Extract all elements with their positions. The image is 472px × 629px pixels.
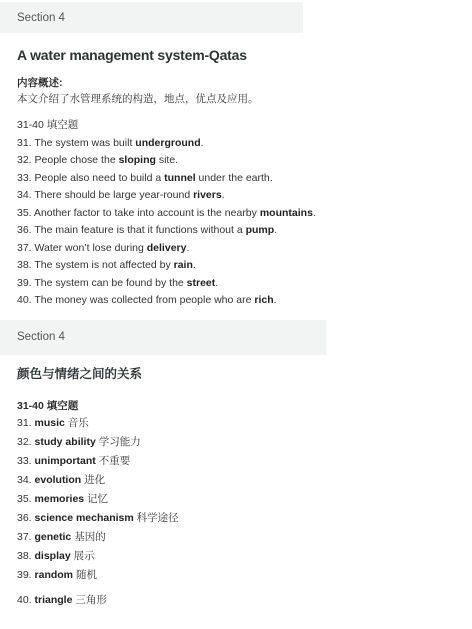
question-item: 34. evolution 进化: [17, 471, 317, 490]
question-item: 36. science mechanism 科学途径: [17, 509, 317, 528]
question-text: 40.: [17, 594, 35, 606]
question-list: 31. The system was built underground.32.…: [17, 135, 317, 310]
question-text: 37.: [17, 531, 35, 543]
question-text: .: [222, 189, 225, 201]
content-summary: 本文介绍了水管理系统的构造，地点，优点及应用。: [17, 91, 317, 108]
section-header-bar: Section 4: [0, 2, 303, 33]
question-text: 31.: [17, 417, 35, 429]
answer-keyword: underground: [135, 137, 200, 149]
question-text: 39.: [17, 569, 35, 581]
question-text: 34.: [17, 474, 35, 486]
question-text: 学习能力: [96, 436, 141, 448]
question-text: 37. Water won’t lose during: [17, 242, 147, 254]
question-text: 31. The system was built: [17, 137, 135, 149]
content-overview-label: 内容概述:: [17, 75, 317, 91]
answer-keyword: rivers: [193, 189, 222, 201]
question-item: 32. People chose the sloping site.: [17, 152, 317, 170]
section-header-label: Section 4: [0, 331, 65, 343]
question-item: 38. display 展示: [17, 547, 317, 566]
questions-range-label: 31-40 填空题: [17, 398, 317, 414]
answer-keyword: delivery: [147, 242, 187, 254]
question-text: .: [186, 242, 189, 254]
question-item: 36. The main feature is that it function…: [17, 222, 317, 240]
question-item: 37. genetic 基因的: [17, 528, 317, 547]
answer-keyword: memories: [35, 493, 85, 505]
answer-keyword: mountains: [260, 207, 313, 219]
question-text: 34. There should be large year-round: [17, 189, 193, 201]
question-item: 39. random 随机: [17, 566, 317, 585]
answer-keyword: genetic: [35, 531, 72, 543]
answer-keyword: tunnel: [164, 172, 196, 184]
question-text: .: [193, 259, 196, 271]
question-text: .: [215, 277, 218, 289]
answer-keyword: rain: [174, 259, 193, 271]
question-item: 31. music 音乐: [17, 414, 317, 433]
question-item: 40. triangle 三角形: [17, 591, 317, 610]
section-title: 颜色与情绪之间的关系: [17, 365, 317, 383]
question-text: 不重要: [96, 455, 130, 467]
question-text: .: [274, 224, 277, 236]
question-item: 40. The money was collected from people …: [17, 292, 317, 310]
question-text: 40. The money was collected from people …: [17, 294, 254, 306]
question-text: 随机: [73, 569, 97, 581]
section-2-content: 颜色与情绪之间的关系 31-40 填空题 31. music 音乐32. stu…: [0, 365, 317, 610]
answer-keyword: study ability: [35, 436, 96, 448]
question-text: 33.: [17, 455, 35, 467]
question-text: .: [274, 294, 277, 306]
question-text: 39. The system can be found by the: [17, 277, 187, 289]
section-1-content: A water management system-Qatas 内容概述: 本文…: [0, 47, 317, 310]
question-text: 进化: [81, 474, 105, 486]
section-title: A water management system-Qatas: [17, 47, 317, 64]
questions-range-label: 31-40 填空题: [17, 117, 317, 135]
question-item: 35. memories 记忆: [17, 490, 317, 509]
question-item: 37. Water won’t lose during delivery.: [17, 240, 317, 258]
answer-keyword: street: [187, 277, 216, 289]
answer-keyword: triangle: [35, 594, 73, 606]
question-text: 基因的: [71, 531, 105, 543]
question-item: 38. The system is not affected by rain.: [17, 257, 317, 275]
section-header-bar: Section 4: [0, 320, 326, 355]
question-text: .: [313, 207, 316, 219]
question-text: 科学途径: [134, 512, 179, 524]
question-text: 32.: [17, 436, 35, 448]
section-header-label: Section 4: [0, 12, 65, 24]
question-item: 32. study ability 学习能力: [17, 433, 317, 452]
question-text: 36. The main feature is that it function…: [17, 224, 246, 236]
question-text: 三角形: [72, 594, 106, 606]
question-text: 36.: [17, 512, 35, 524]
answer-keyword: pump: [246, 224, 275, 236]
question-text: 35. Another factor to take into account …: [17, 207, 260, 219]
question-text: under the earth.: [196, 172, 273, 184]
question-text: 展示: [71, 550, 95, 562]
answer-keyword: music: [35, 417, 65, 429]
question-item: 35. Another factor to take into account …: [17, 205, 317, 223]
question-text: .: [201, 137, 204, 149]
answer-keyword: unimportant: [35, 455, 96, 467]
section-1: Section 4 A water management system-Qata…: [0, 2, 472, 310]
question-text: 32. People chose the: [17, 154, 119, 166]
question-item: 31. The system was built underground.: [17, 135, 317, 153]
question-text: 33. People also need to build a: [17, 172, 164, 184]
answer-keyword: random: [35, 569, 74, 581]
answer-keyword: science mechanism: [35, 512, 134, 524]
question-text: 38.: [17, 550, 35, 562]
answer-keyword: evolution: [35, 474, 82, 486]
question-item: 33. People also need to build a tunnel u…: [17, 170, 317, 188]
question-item: 34. There should be large year-round riv…: [17, 187, 317, 205]
question-text: site.: [156, 154, 178, 166]
question-text: 38. The system is not affected by: [17, 259, 174, 271]
question-list: 31. music 音乐32. study ability 学习能力33. un…: [17, 414, 317, 610]
answer-keyword: sloping: [119, 154, 156, 166]
answer-keyword: rich: [254, 294, 273, 306]
question-item: 39. The system can be found by the stree…: [17, 275, 317, 293]
question-text: 音乐: [65, 417, 89, 429]
question-text: 35.: [17, 493, 35, 505]
question-text: 记忆: [84, 493, 108, 505]
question-item: 33. unimportant 不重要: [17, 452, 317, 471]
answer-keyword: display: [35, 550, 71, 562]
section-2: Section 4 颜色与情绪之间的关系 31-40 填空题 31. music…: [0, 320, 472, 610]
